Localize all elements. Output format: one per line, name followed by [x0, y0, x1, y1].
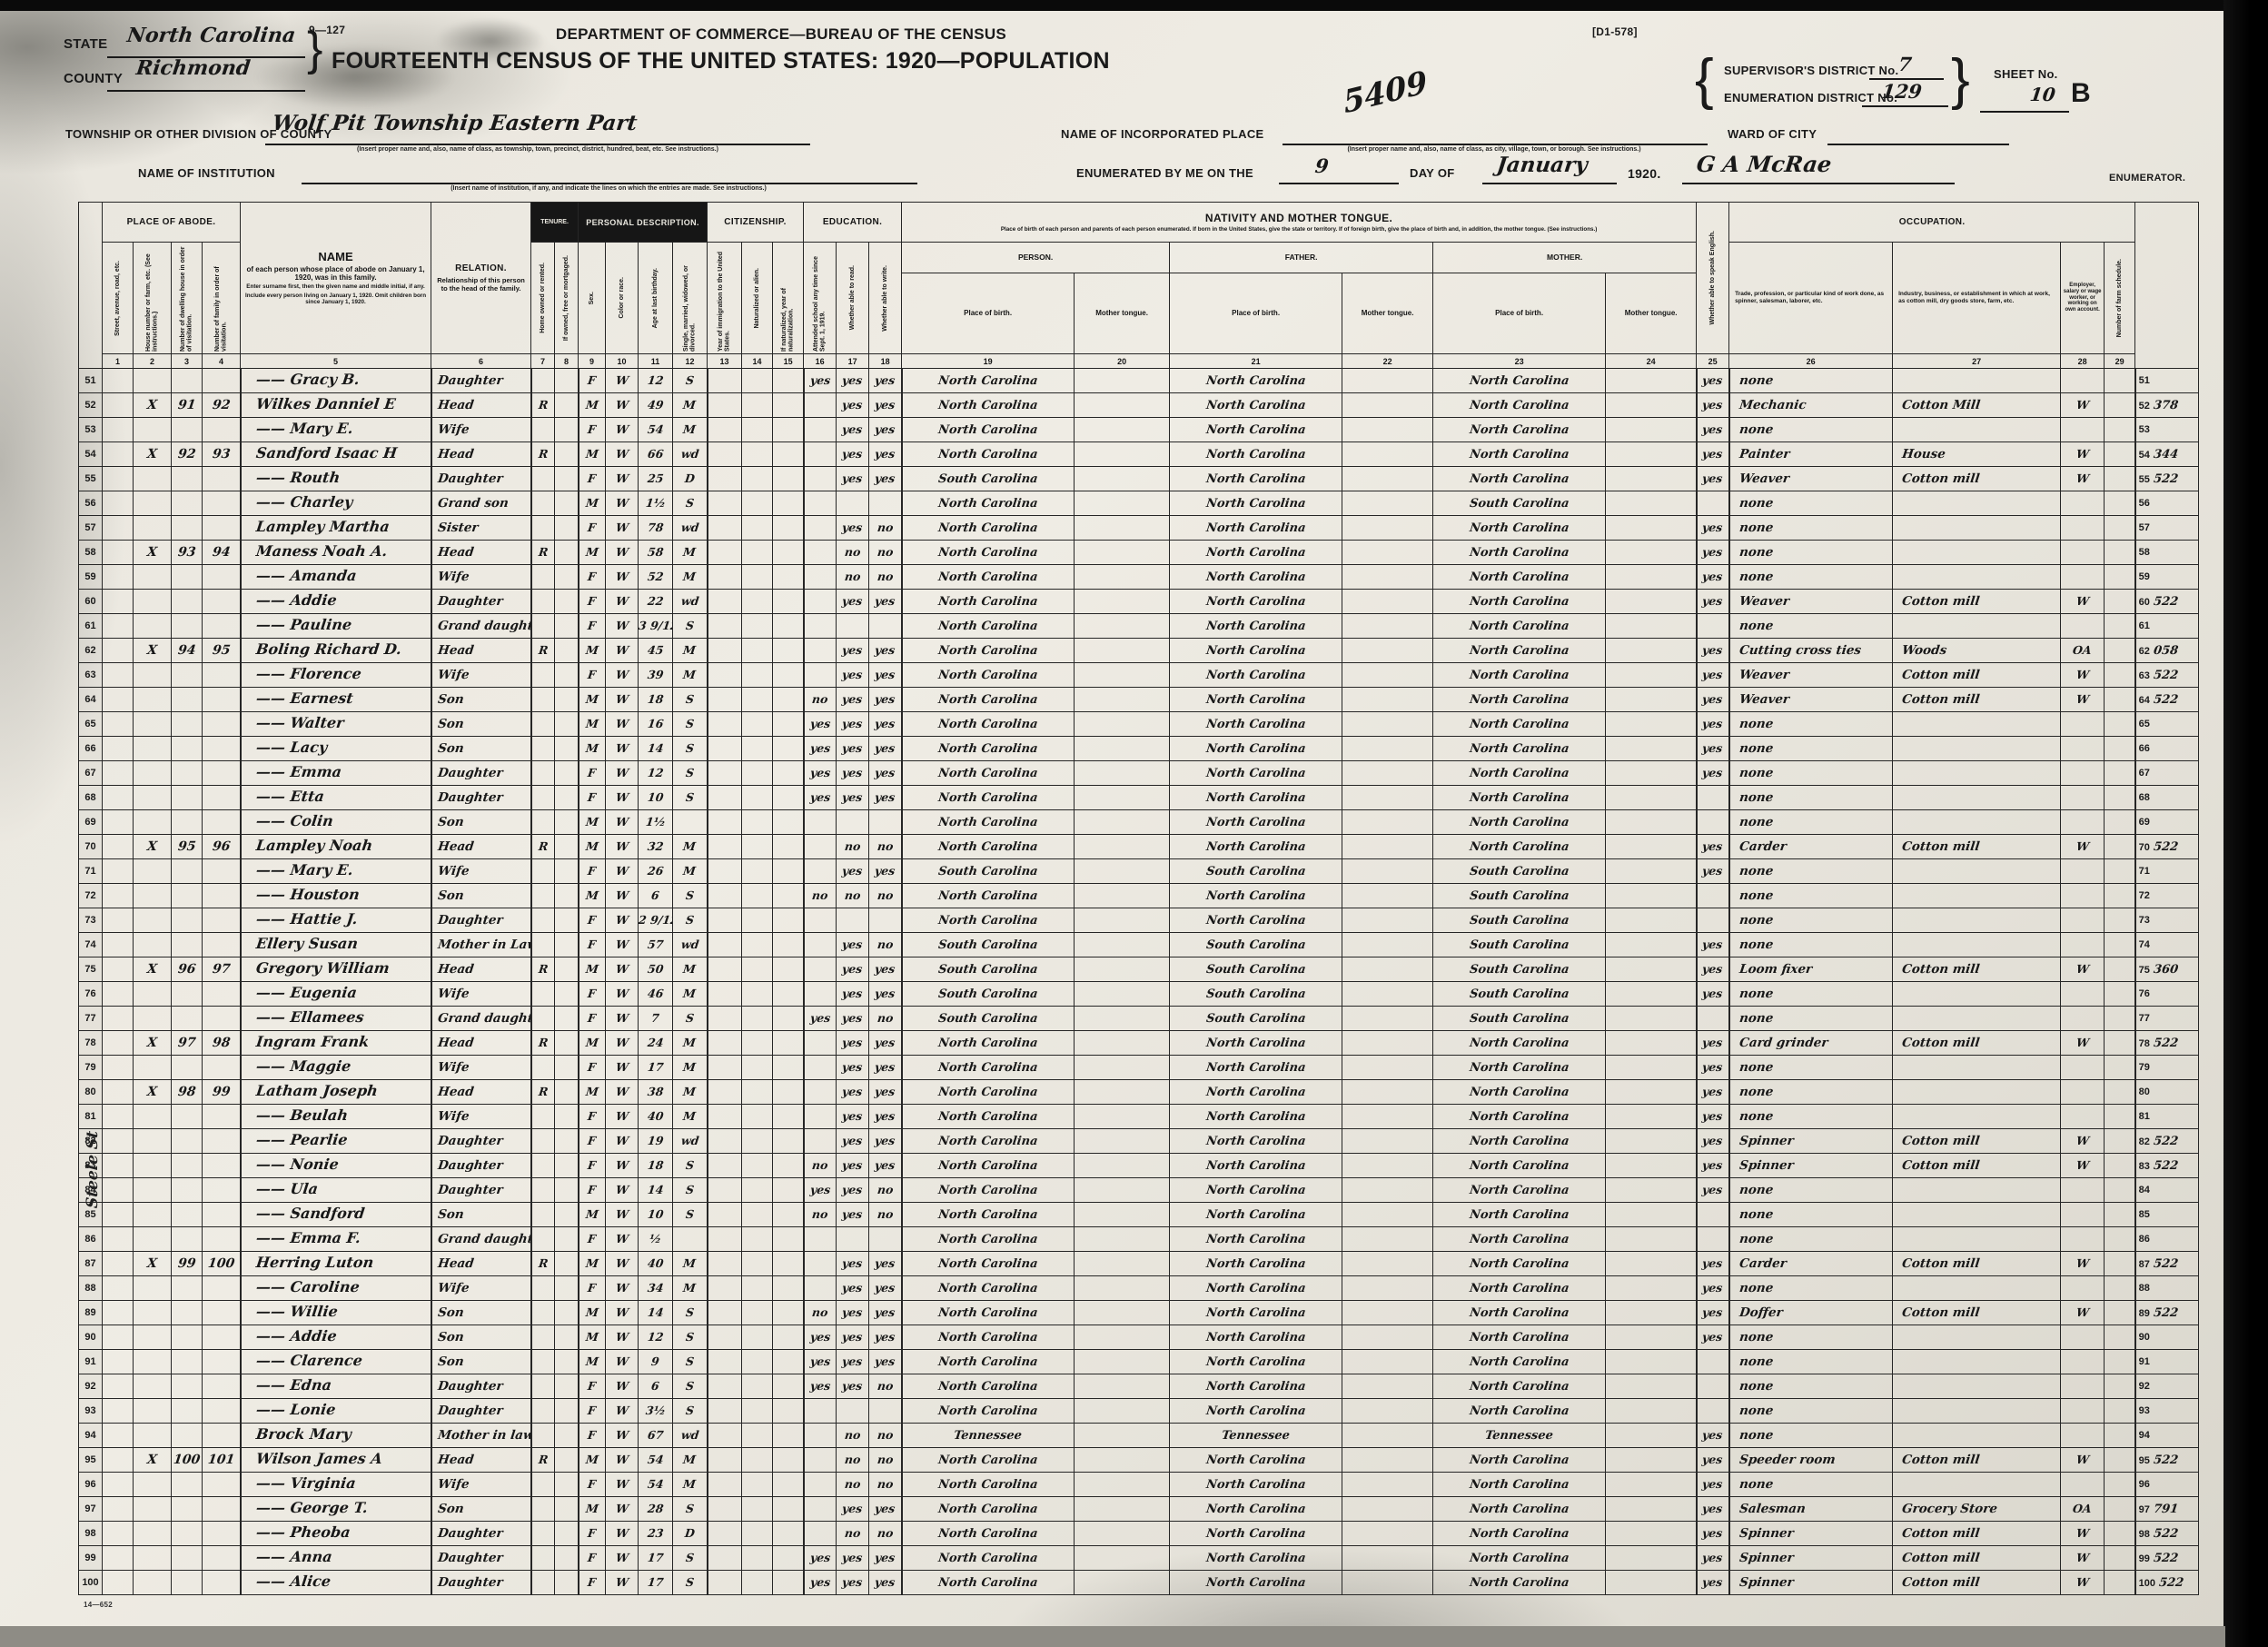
row-number-right: 92: [2135, 1374, 2199, 1399]
cell-rel: Head: [431, 1448, 531, 1473]
cell-street: [103, 1080, 134, 1105]
cell-mar: S: [673, 688, 708, 712]
cell-dw: [172, 516, 203, 541]
cell-rel: Wife: [431, 418, 531, 442]
cell-nat: [742, 418, 773, 442]
cell-pob: North Carolina: [902, 1522, 1075, 1546]
cell-imm: [708, 1350, 742, 1374]
cell-eng: [1697, 491, 1729, 516]
cell-fpob: North Carolina: [1170, 393, 1342, 418]
row-number-right: 67: [2135, 761, 2199, 786]
cell-sch: [804, 565, 837, 590]
cell-ind: Cotton mill: [1893, 590, 2061, 614]
cell-natyr: [773, 810, 804, 835]
cell-sch: [804, 541, 837, 565]
cell-mar: M: [673, 1276, 708, 1301]
cell-occ: Spinner: [1729, 1571, 1893, 1595]
cell-age: 1½: [639, 810, 673, 835]
cell-hn: [134, 1105, 172, 1129]
cell-natyr: [773, 393, 804, 418]
cell-ten: [531, 467, 555, 491]
cell-ten: [531, 1129, 555, 1154]
cell-natyr: [773, 418, 804, 442]
cell-imm: [708, 590, 742, 614]
cell-farm: [2105, 1007, 2135, 1031]
cell-sex: F: [579, 786, 606, 810]
cell-occ: none: [1729, 1399, 1893, 1424]
cell-street: [103, 835, 134, 859]
row-number-right: 97791: [2135, 1497, 2199, 1522]
cell-mar: S: [673, 1571, 708, 1595]
cell-fpob: North Carolina: [1170, 688, 1342, 712]
cell-mmt: [1606, 1424, 1697, 1448]
cell-emp: W: [2061, 1448, 2105, 1473]
cell-imm: [708, 1546, 742, 1571]
institution-note: (Insert name of institution, if any, and…: [309, 185, 908, 193]
cell-mmt: [1606, 467, 1697, 491]
cell-pob: North Carolina: [902, 1448, 1075, 1473]
row-number-right: 70522: [2135, 835, 2199, 859]
cell-natyr: [773, 1522, 804, 1546]
cell-street: [103, 859, 134, 884]
row-number-right: 69: [2135, 810, 2199, 835]
row-number-left: 88: [79, 1276, 103, 1301]
institution-label: NAME OF INSTITUTION: [138, 166, 275, 180]
table-row: 95X100101Wilson James AHeadRMW54MnonoNor…: [79, 1448, 2199, 1473]
cell-occ: none: [1729, 737, 1893, 761]
cell-emp: W: [2061, 1154, 2105, 1178]
occupation-code: 522: [2153, 1037, 2179, 1049]
cell-own: [555, 688, 579, 712]
cell-mpob: North Carolina: [1433, 1325, 1606, 1350]
cell-farm: [2105, 1252, 2135, 1276]
cell-hn: [134, 712, 172, 737]
cell-pmt: [1075, 1105, 1170, 1129]
cell-pob: North Carolina: [902, 884, 1075, 908]
cell-wr: yes: [869, 393, 902, 418]
row-number-right: 88: [2135, 1276, 2199, 1301]
cell-wr: yes: [869, 467, 902, 491]
row-number-left: 65: [79, 712, 103, 737]
cell-emp: W: [2061, 1031, 2105, 1056]
cell-race: W: [606, 541, 639, 565]
cell-wr: yes: [869, 1546, 902, 1571]
cell-nat: [742, 908, 773, 933]
column-header-attended-school: Attended school any time since Sept. 1, …: [804, 243, 837, 354]
occupation-code: 360: [2153, 964, 2179, 976]
sheet-value: 10: [2029, 84, 2057, 105]
cell-mpob: South Carolina: [1433, 933, 1606, 957]
cell-emp: [2061, 1227, 2105, 1252]
cell-name: —— Beulah: [241, 1105, 431, 1129]
cell-emp: [2061, 982, 2105, 1007]
cell-nat: [742, 1522, 773, 1546]
cell-age: 34: [639, 1276, 673, 1301]
row-number-right-value: 88: [2139, 1283, 2150, 1294]
cell-age: 10: [639, 1203, 673, 1227]
cell-pob: South Carolina: [902, 957, 1075, 982]
cell-ten: [531, 1497, 555, 1522]
cell-emp: [2061, 933, 2105, 957]
occupation-code: 522: [2153, 473, 2179, 485]
cell-race: W: [606, 712, 639, 737]
cell-nat: [742, 565, 773, 590]
table-row: 77—— EllameesGrand daughterFW7SyesyesnoS…: [79, 1007, 2199, 1031]
cell-age: 18: [639, 1154, 673, 1178]
cell-sch: [804, 614, 837, 639]
enumerator-label: ENUMERATOR.: [2109, 173, 2185, 184]
cell-pob: North Carolina: [902, 786, 1075, 810]
group-occupation: OCCUPATION.: [1729, 203, 2135, 243]
row-number-right: 59: [2135, 565, 2199, 590]
cell-name: —— Mary E.: [241, 418, 431, 442]
cell-age: 24: [639, 1031, 673, 1056]
cell-ten: [531, 1522, 555, 1546]
cell-farm: [2105, 393, 2135, 418]
cell-ind: Cotton mill: [1893, 663, 2061, 688]
cell-own: [555, 1301, 579, 1325]
cell-emp: W: [2061, 1546, 2105, 1571]
cell-mmt: [1606, 393, 1697, 418]
cell-farm: [2105, 1350, 2135, 1374]
cell-fmt: [1342, 614, 1433, 639]
cell-hn: X: [134, 442, 172, 467]
table-row: 86—— Emma F.Grand daughterFW½North Carol…: [79, 1227, 2199, 1252]
cell-race: W: [606, 442, 639, 467]
cell-occ: none: [1729, 1374, 1893, 1399]
cell-imm: [708, 1007, 742, 1031]
cell-ind: [1893, 565, 2061, 590]
cell-dw: [172, 418, 203, 442]
cell-imm: [708, 1056, 742, 1080]
row-number-left: 55: [79, 467, 103, 491]
cell-hn: [134, 1546, 172, 1571]
cell-pob: North Carolina: [902, 1399, 1075, 1424]
cell-fam: [203, 491, 241, 516]
row-number-right-value: 91: [2139, 1356, 2150, 1367]
cell-ten: [531, 884, 555, 908]
cell-rd: yes: [837, 442, 869, 467]
cell-own: [555, 541, 579, 565]
cell-sex: F: [579, 1007, 606, 1031]
cell-mpob: South Carolina: [1433, 908, 1606, 933]
cell-mpob: South Carolina: [1433, 982, 1606, 1007]
cell-mmt: [1606, 1276, 1697, 1301]
cell-mmt: [1606, 369, 1697, 393]
cell-rel: Grand daughter: [431, 614, 531, 639]
cell-dw: [172, 737, 203, 761]
cell-natyr: [773, 491, 804, 516]
cell-mar: S: [673, 786, 708, 810]
cell-ind: Grocery Store: [1893, 1497, 2061, 1522]
table-row: 72—— HoustonSonMW6SnononoNorth CarolinaN…: [79, 884, 2199, 908]
cell-occ: none: [1729, 712, 1893, 737]
column-number: 19: [902, 354, 1075, 369]
cell-nat: [742, 516, 773, 541]
cell-ind: [1893, 712, 2061, 737]
cell-street: [103, 933, 134, 957]
cell-mpob: North Carolina: [1433, 761, 1606, 786]
cell-fam: [203, 982, 241, 1007]
cell-sch: [804, 982, 837, 1007]
cell-emp: [2061, 491, 2105, 516]
cell-rel: Daughter: [431, 1399, 531, 1424]
cell-mpob: North Carolina: [1433, 1497, 1606, 1522]
row-number-left: 56: [79, 491, 103, 516]
cell-fmt: [1342, 1473, 1433, 1497]
cell-fpob: North Carolina: [1170, 491, 1342, 516]
cell-mar: wd: [673, 933, 708, 957]
cell-mpob: Tennessee: [1433, 1424, 1606, 1448]
cell-race: W: [606, 957, 639, 982]
column-header-naturalization-year: If naturalized, year of naturalization.: [773, 243, 804, 354]
cell-mmt: [1606, 1056, 1697, 1080]
cell-occ: Spinner: [1729, 1522, 1893, 1546]
cell-sex: F: [579, 590, 606, 614]
cell-name: —— Eugenia: [241, 982, 431, 1007]
cell-race: W: [606, 761, 639, 786]
cell-sex: M: [579, 884, 606, 908]
cell-own: [555, 737, 579, 761]
cell-mar: S: [673, 614, 708, 639]
cell-fpob: North Carolina: [1170, 1227, 1342, 1252]
cell-own: [555, 1571, 579, 1595]
cell-fpob: North Carolina: [1170, 1203, 1342, 1227]
cell-imm: [708, 1031, 742, 1056]
cell-rd: [837, 614, 869, 639]
row-number-left: 95: [79, 1448, 103, 1473]
supervisor-value: 7: [1897, 53, 1913, 75]
cell-street: [103, 491, 134, 516]
cell-age: 12: [639, 369, 673, 393]
cell-imm: [708, 1473, 742, 1497]
cell-mar: M: [673, 1080, 708, 1105]
day-underline: [1279, 183, 1399, 184]
table-row: 81—— BeulahWifeFW40MyesyesNorth Carolina…: [79, 1105, 2199, 1129]
cell-wr: yes: [869, 663, 902, 688]
column-number: 11: [639, 354, 673, 369]
cell-emp: [2061, 369, 2105, 393]
cell-pob: North Carolina: [902, 1276, 1075, 1301]
cell-ten: R: [531, 541, 555, 565]
cell-sch: yes: [804, 1007, 837, 1031]
cell-fmt: [1342, 957, 1433, 982]
cell-race: W: [606, 491, 639, 516]
cell-race: W: [606, 933, 639, 957]
cell-sex: F: [579, 516, 606, 541]
cell-fam: 96: [203, 835, 241, 859]
cell-sex: F: [579, 1399, 606, 1424]
cell-wr: yes: [869, 1080, 902, 1105]
cell-mpob: North Carolina: [1433, 1056, 1606, 1080]
cell-street: [103, 1497, 134, 1522]
occupation-code: 522: [2158, 1577, 2184, 1589]
cell-fmt: [1342, 1203, 1433, 1227]
cell-rel: Head: [431, 393, 531, 418]
cell-sex: F: [579, 1276, 606, 1301]
cell-emp: [2061, 810, 2105, 835]
cell-mar: S: [673, 908, 708, 933]
cell-pmt: [1075, 1178, 1170, 1203]
row-number-left: 72: [79, 884, 103, 908]
cell-fmt: [1342, 1448, 1433, 1473]
cell-mar: S: [673, 1154, 708, 1178]
cell-mar: M: [673, 639, 708, 663]
row-number-right: 57: [2135, 516, 2199, 541]
cell-pmt: [1075, 541, 1170, 565]
cell-fmt: [1342, 908, 1433, 933]
table-row: 79—— MaggieWifeFW17MyesyesNorth Carolina…: [79, 1056, 2199, 1080]
row-number-right: 98522: [2135, 1522, 2199, 1546]
cell-natyr: [773, 614, 804, 639]
occupation-code: 378: [2153, 400, 2179, 412]
cell-nat: [742, 712, 773, 737]
row-number-right-value: 69: [2139, 817, 2150, 828]
cell-pmt: [1075, 1374, 1170, 1399]
cell-pmt: [1075, 1031, 1170, 1056]
column-number: 26: [1729, 354, 1893, 369]
cell-mar: M: [673, 1105, 708, 1129]
cell-sch: [804, 1056, 837, 1080]
cell-wr: no: [869, 1473, 902, 1497]
cell-emp: W: [2061, 1129, 2105, 1154]
cell-mpob: North Carolina: [1433, 467, 1606, 491]
row-number-right-value: 94: [2139, 1430, 2150, 1441]
cell-mmt: [1606, 982, 1697, 1007]
cell-street: [103, 1546, 134, 1571]
cell-rel: Son: [431, 737, 531, 761]
cell-emp: W: [2061, 1571, 2105, 1595]
cell-emp: [2061, 1080, 2105, 1105]
cell-hn: [134, 1056, 172, 1080]
cell-sch: [804, 1522, 837, 1546]
cell-fmt: [1342, 761, 1433, 786]
cell-fam: [203, 663, 241, 688]
cell-eng: yes: [1697, 1522, 1729, 1546]
row-number-right: 81: [2135, 1105, 2199, 1129]
county-underline: [107, 90, 305, 92]
cell-farm: [2105, 1105, 2135, 1129]
cell-nat: [742, 957, 773, 982]
cell-age: 58: [639, 541, 673, 565]
cell-name: —— Sandford: [241, 1203, 431, 1227]
cell-eng: yes: [1697, 1154, 1729, 1178]
cell-pob: North Carolina: [902, 737, 1075, 761]
cell-mmt: [1606, 1374, 1697, 1399]
cell-own: [555, 859, 579, 884]
cell-ind: [1893, 884, 2061, 908]
cell-dw: 92: [172, 442, 203, 467]
cell-fpob: North Carolina: [1170, 884, 1342, 908]
cell-eng: yes: [1697, 1325, 1729, 1350]
cell-wr: no: [869, 1178, 902, 1203]
cell-hn: [134, 1154, 172, 1178]
cell-wr: yes: [869, 859, 902, 884]
cell-age: 66: [639, 442, 673, 467]
cell-race: W: [606, 1325, 639, 1350]
cell-pob: North Carolina: [902, 908, 1075, 933]
cell-own: [555, 933, 579, 957]
cell-name: Wilson James A: [241, 1448, 431, 1473]
row-number-left: 62: [79, 639, 103, 663]
cell-dw: [172, 565, 203, 590]
cell-mmt: [1606, 1031, 1697, 1056]
cell-rel: Daughter: [431, 761, 531, 786]
cell-emp: [2061, 1350, 2105, 1374]
cell-wr: no: [869, 835, 902, 859]
cell-rel: Wife: [431, 663, 531, 688]
column-number: 27: [1893, 354, 2061, 369]
cell-rel: Son: [431, 1325, 531, 1350]
cell-pmt: [1075, 786, 1170, 810]
cell-hn: [134, 663, 172, 688]
row-number-right: 77: [2135, 1007, 2199, 1031]
cell-pob: North Carolina: [902, 1571, 1075, 1595]
cell-nat: [742, 810, 773, 835]
cell-street: [103, 957, 134, 982]
cell-nat: [742, 1473, 773, 1497]
cell-pob: North Carolina: [902, 1497, 1075, 1522]
cell-own: [555, 418, 579, 442]
cell-mmt: [1606, 1007, 1697, 1031]
cell-name: —— Virginia: [241, 1473, 431, 1497]
cell-race: W: [606, 1350, 639, 1374]
row-number-left: 70: [79, 835, 103, 859]
cell-rd: yes: [837, 933, 869, 957]
cell-mar: wd: [673, 1129, 708, 1154]
cell-emp: W: [2061, 467, 2105, 491]
cell-mmt: [1606, 786, 1697, 810]
cell-fmt: [1342, 1031, 1433, 1056]
cell-natyr: [773, 761, 804, 786]
row-number-right-value: 97: [2139, 1504, 2150, 1515]
row-number-right: 54344: [2135, 442, 2199, 467]
cell-fpob: North Carolina: [1170, 835, 1342, 859]
census-table-head: PLACE OF ABODE. NAME of each person whos…: [79, 203, 2199, 369]
supervisor-label: SUPERVISOR'S DISTRICT No.: [1724, 64, 1898, 77]
cell-rd: yes: [837, 1497, 869, 1522]
cell-occ: none: [1729, 565, 1893, 590]
cell-pmt: [1075, 1546, 1170, 1571]
cell-ind: House: [1893, 442, 2061, 467]
row-number-right: 87522: [2135, 1252, 2199, 1276]
cell-imm: [708, 418, 742, 442]
cell-mmt: [1606, 835, 1697, 859]
cell-dw: 97: [172, 1031, 203, 1056]
cell-fmt: [1342, 1301, 1433, 1325]
cell-hn: [134, 884, 172, 908]
cell-imm: [708, 957, 742, 982]
cell-pmt: [1075, 1522, 1170, 1546]
table-row: 73—— Hattie J.DaughterFW2 9/12SNorth Car…: [79, 908, 2199, 933]
cell-ind: [1893, 541, 2061, 565]
cell-age: 14: [639, 1178, 673, 1203]
cell-fmt: [1342, 1546, 1433, 1571]
cell-imm: [708, 1522, 742, 1546]
cell-pmt: [1075, 1056, 1170, 1080]
row-number-left: 71: [79, 859, 103, 884]
bottom-form-code: 14—652: [84, 1601, 113, 1609]
cell-mpob: North Carolina: [1433, 1571, 1606, 1595]
row-number-right: 61: [2135, 614, 2199, 639]
cell-name: —— Walter: [241, 712, 431, 737]
cell-farm: [2105, 1056, 2135, 1080]
cell-sch: [804, 908, 837, 933]
cell-race: W: [606, 1571, 639, 1595]
cell-imm: [708, 393, 742, 418]
cell-own: [555, 908, 579, 933]
cell-occ: Loom fixer: [1729, 957, 1893, 982]
